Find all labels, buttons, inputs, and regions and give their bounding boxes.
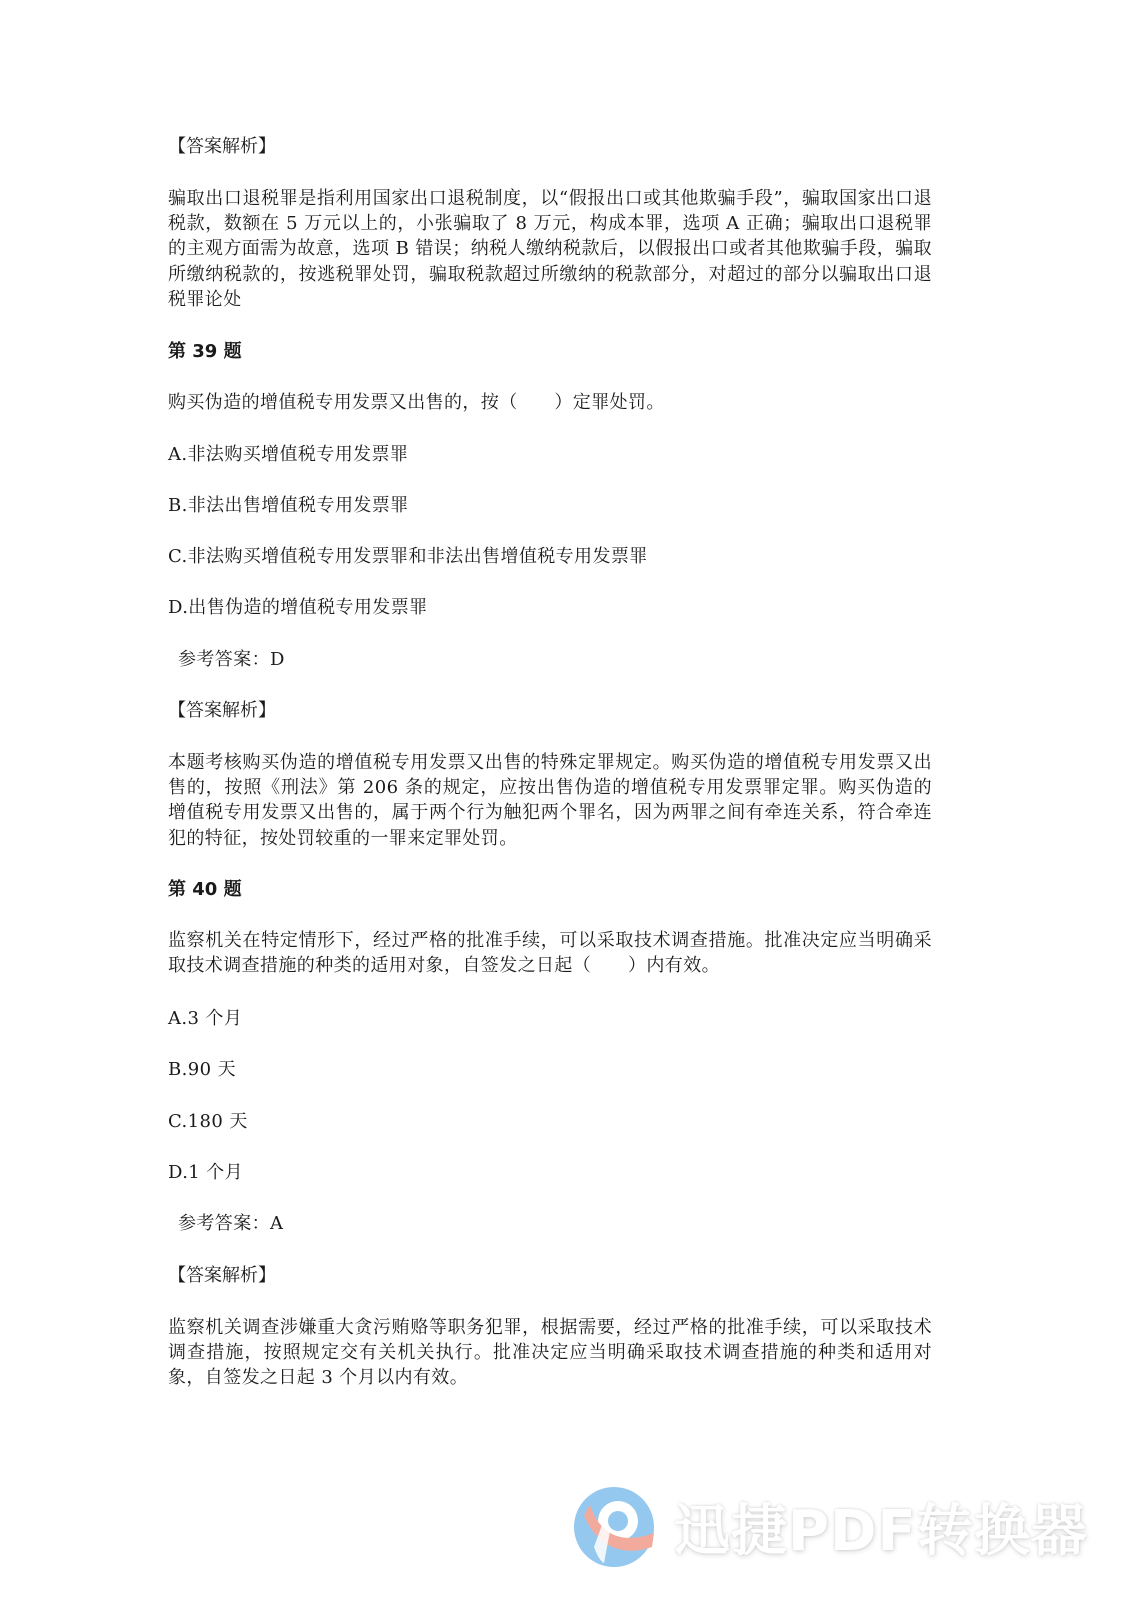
question-title-40: 第 40 题 (168, 877, 932, 902)
xunjie-pdf-logo-icon (572, 1485, 656, 1569)
question-stem-39: 购买伪造的增值税专用发票又出售的，按（ ）定罪处罚。 (168, 390, 932, 415)
watermark-text: 迅捷PDF转换器 (674, 1487, 1088, 1567)
question-title-39: 第 39 题 (168, 339, 932, 364)
question-39-option-d: D.出售伪造的增值税专用发票罪 (168, 595, 932, 620)
analysis-label-q39: 【答案解析】 (168, 698, 932, 723)
reference-answer-39: 参考答案：D (178, 647, 942, 672)
analysis-text-q40: 监察机关调查涉嫌重大贪污贿赂等职务犯罪，根据需要，经过严格的批准手续，可以采取技… (168, 1315, 932, 1391)
analysis-text-q38: 骗取出口退税罪是指利用国家出口退税制度，以“假报出口或其他欺骗手段”，骗取国家出… (168, 186, 932, 312)
pdf-page: 【答案解析】 骗取出口退税罪是指利用国家出口退税制度，以“假报出口或其他欺骗手段… (0, 0, 1131, 1600)
analysis-label-q40: 【答案解析】 (168, 1263, 932, 1288)
question-40-option-c: C.180 天 (168, 1109, 932, 1134)
question-39-option-a: A.非法购买增值税专用发票罪 (168, 442, 932, 467)
question-39-option-c: C.非法购买增值税专用发票罪和非法出售增值税专用发票罪 (168, 544, 932, 569)
question-40-option-d: D.1 个月 (168, 1160, 932, 1185)
reference-answer-40: 参考答案：A (178, 1211, 942, 1236)
analysis-label-q38: 【答案解析】 (168, 134, 932, 159)
question-stem-40: 监察机关在特定情形下，经过严格的批准手续，可以采取技术调查措施。批准决定应当明确… (168, 928, 932, 978)
question-39-option-b: B.非法出售增值税专用发票罪 (168, 493, 932, 518)
question-40-option-a: A.3 个月 (168, 1006, 932, 1031)
question-40-option-b: B.90 天 (168, 1057, 932, 1082)
converter-watermark: 迅捷PDF转换器 (572, 1482, 1092, 1572)
analysis-text-q39: 本题考核购买伪造的增值税专用发票又出售的特殊定罪规定。购买伪造的增值税专用发票又… (168, 750, 932, 851)
